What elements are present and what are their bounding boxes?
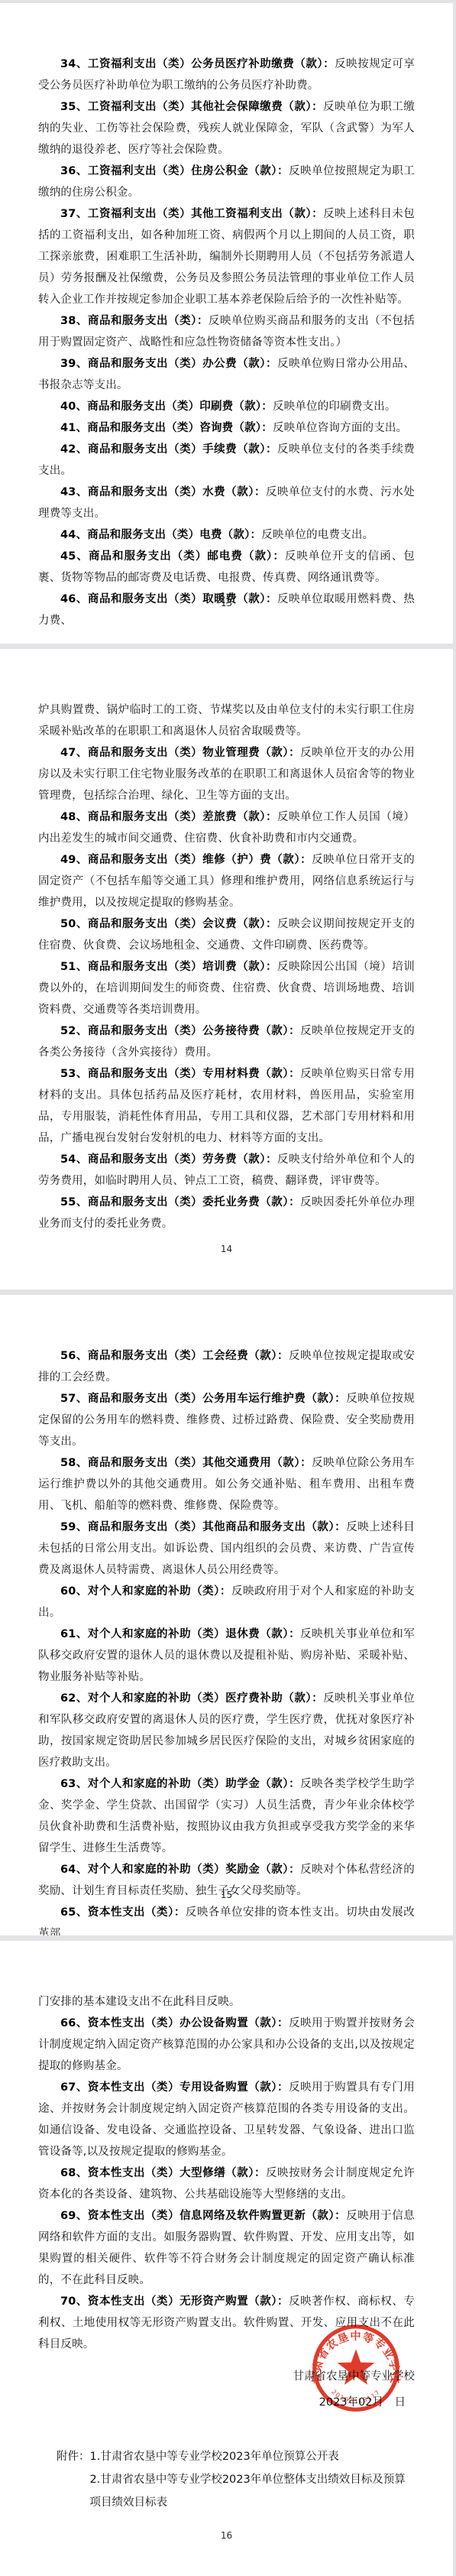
budget-item-paragraph: 56、商品和服务支出（类）工会经费（款）：反映单位按规定提取或安排的工会经费。 [38, 1345, 415, 1388]
budget-item-paragraph: 53、商品和服务支出（类）专用材料费（款）：反映单位购买日常专用材料的支出。具体… [38, 1063, 415, 1149]
page-body: 56、商品和服务支出（类）工会经费（款）：反映单位按规定提取或安排的工会经费。 … [38, 1345, 415, 1935]
item-description: 反映单位咨询方面的支出。 [273, 422, 407, 434]
budget-item-paragraph: 炉具购置费、锅炉临时工的工资、节煤奖以及由单位支付的未实行职工住房采暖补贴改革的… [38, 699, 415, 742]
item-label: 65、资本性支出（类）： [60, 1906, 186, 1919]
page-body: 炉具购置费、锅炉临时工的工资、节煤奖以及由单位支付的未实行职工住房采暖补贴改革的… [38, 699, 415, 1234]
item-label: 60、对个人和家庭的补助（类）： [60, 1585, 231, 1598]
budget-item-paragraph: 48、商品和服务支出（类）差旅费（款）：反映单位工作人员国（境）内出差发生的城市… [38, 806, 415, 849]
budget-item-paragraph: 63、对个人和家庭的补助（类）助学金（款）：反映各类学校学生助学金、奖学金、学生… [38, 1773, 415, 1859]
signature-date: 2023年02月 日 [38, 2392, 415, 2413]
item-label: 61、对个人和家庭的补助（类）退休费（款）： [60, 1628, 300, 1640]
budget-item-paragraph: 54、商品和服务支出（类）劳务费（款）：反映支付给外单位和个人的劳务费用，如临时… [38, 1149, 415, 1192]
budget-item-paragraph: 70、资本性支出（类）无形资产购置（款）：反映著作权、商标权、专利权、土地使用权… [38, 2291, 415, 2355]
item-label: 51、商品和服务支出（类）培训费（款）： [60, 961, 277, 973]
item-label: 37、工资福利支出（类）其他工资福利支出（款）： [60, 208, 323, 220]
item-description: 炉具购置费、锅炉临时工的工资、节煤奖以及由单位支付的未实行职工住房采暖补贴改革的… [38, 704, 415, 738]
attachment-item: 2.甘肃省农垦中等专业学校2023年单位整体支出绩效目标及预算项目绩效目标表 [90, 2468, 416, 2514]
budget-item-paragraph: 50、商品和服务支出（类）会议费（款）：反映会议期间按规定开支的住宿费、伙食费、… [38, 913, 415, 956]
item-label: 42、商品和服务支出（类）手续费（款）： [60, 443, 277, 456]
page-number: 13 [0, 598, 453, 608]
item-label: 39、商品和服务支出（类）办公费（款）： [60, 358, 277, 370]
item-label: 36、工资福利支出（类）住房公积金（款）： [60, 165, 289, 177]
item-label: 40、商品和服务支出（类）印刷费（款）： [60, 401, 273, 413]
budget-item-paragraph: 46、商品和服务支出（类）取暖费（款）：反映单位取暖用燃料费、热力费、 [38, 589, 415, 631]
item-label: 41、商品和服务支出（类）咨询费（款）： [60, 422, 273, 434]
item-label: 48、商品和服务支出（类）差旅费（款）： [60, 811, 277, 823]
budget-item-paragraph: 52、商品和服务支出（类）公务接待费（款）：反映单位按规定开支的各类公务接待（含… [38, 1020, 415, 1063]
item-label: 38、商品和服务支出（类）： [60, 315, 209, 327]
budget-item-paragraph: 67、资本性支出（类）专用设备购置（款）：反映用于购置具有专门用途、并按财务会计… [38, 2077, 415, 2162]
document-page: 56、商品和服务支出（类）工会经费（款）：反映单位按规定提取或安排的工会经费。 … [0, 1295, 453, 1935]
budget-item-paragraph: 36、工资福利支出（类）住房公积金（款）：反映单位按照规定为职工缴纳的住房公积金… [38, 161, 415, 203]
item-label: 52、商品和服务支出（类）公务接待费（款）： [60, 1025, 300, 1037]
budget-item-paragraph: 40、商品和服务支出（类）印刷费（款）：反映单位的印刷费支出。 [38, 396, 415, 417]
budget-item-paragraph: 66、资本性支出（类）办公设备购置（款）：反映用于购置并按财务会计制度规定纳入固… [38, 2013, 415, 2077]
budget-item-paragraph: 58、商品和服务支出（类）其他交通费用（款）：反映单位除公务用车运行维护费以外的… [38, 1452, 415, 1517]
item-label: 69、资本性支出（类）信息网络及软件购置更新（款）： [60, 2210, 346, 2222]
item-description: 反映上述科目未包括的工资福利支出，如各种加班工资、病假两个月以上期间的人员工资，… [38, 208, 415, 306]
budget-item-paragraph: 60、对个人和家庭的补助（类）：反映政府用于对个人和家庭的补助支出。 [38, 1581, 415, 1624]
budget-item-paragraph: 69、资本性支出（类）信息网络及软件购置更新（款）：反映用于信息网络和软件方面的… [38, 2205, 415, 2291]
page-body: 34、工资福利支出（类）公务员医疗补助缴费（款）：反映按规定可享受公务员医疗补助… [38, 54, 415, 631]
item-label: 43、商品和服务支出（类）水费（款）： [60, 486, 266, 498]
budget-item-paragraph: 41、商品和服务支出（类）咨询费（款）：反映单位咨询方面的支出。 [38, 417, 415, 439]
budget-item-paragraph: 37、工资福利支出（类）其他工资福利支出（款）：反映上述科目未包括的工资福利支出… [38, 203, 415, 310]
page-number: 16 [0, 2530, 453, 2541]
attachments-list: 附件： 1.甘肃省农垦中等专业学校2023年单位预算公开表2.甘肃省农垦中等专业… [57, 2445, 415, 2514]
budget-item-paragraph: 35、工资福利支出（类）其他社会保障缴费（款）：反映单位为职工缴纳的失业、工伤等… [38, 96, 415, 161]
budget-item-paragraph: 45、商品和服务支出（类）邮电费（款）：反映单位开支的信函、包裹、货物等物品的邮… [38, 546, 415, 589]
budget-item-paragraph: 61、对个人和家庭的补助（类）退休费（款）：反映机关事业单位和军队移交政府安置的… [38, 1624, 415, 1688]
budget-item-paragraph: 62、对个人和家庭的补助（类）医疗费补助（款）：反映机关事业单位和军队移交政府安… [38, 1688, 415, 1773]
item-label: 56、商品和服务支出（类）工会经费（款）： [60, 1350, 289, 1362]
budget-item-paragraph: 34、工资福利支出（类）公务员医疗补助缴费（款）：反映按规定可享受公务员医疗补助… [38, 54, 415, 96]
item-label: 47、商品和服务支出（类）物业管理费（款）： [60, 747, 300, 759]
item-label: 54、商品和服务支出（类）劳务费（款）： [60, 1153, 277, 1166]
budget-item-paragraph: 43、商品和服务支出（类）水费（款）：反映单位支付的水费、污水处理费等支出。 [38, 482, 415, 524]
budget-item-paragraph: 38、商品和服务支出（类）：反映单位购买商品和服务的支出（不包括用于购置固定资产… [38, 310, 415, 353]
item-description: 反映单位的电费支出。 [261, 529, 374, 541]
item-label: 62、对个人和家庭的补助（类）医疗费补助（款）： [60, 1692, 323, 1705]
document-page: 门安排的基本建设支出不在此科目反映。 66、资本性支出（类）办公设备购置（款）：… [0, 1941, 453, 2576]
budget-item-paragraph: 44、商品和服务支出（类）电费（款）：反映单位的电费支出。 [38, 524, 415, 546]
document-page: 炉具购置费、锅炉临时工的工资、节煤奖以及由单位支付的未实行职工住房采暖补贴改革的… [0, 649, 453, 1290]
page-body: 门安排的基本建设支出不在此科目反映。 66、资本性支出（类）办公设备购置（款）：… [38, 1991, 415, 2514]
item-label: 70、资本性支出（类）无形资产购置（款）： [60, 2295, 289, 2308]
item-label: 63、对个人和家庭的补助（类）助学金（款）： [60, 1778, 300, 1790]
budget-item-paragraph: 51、商品和服务支出（类）培训费（款）：反映除因公出国（境）培训费以外的，在培训… [38, 956, 415, 1020]
budget-item-paragraph: 49、商品和服务支出（类）维修（护）费（款）：反映单位日常开支的固定资产（不包括… [38, 849, 415, 913]
budget-item-paragraph: 57、商品和服务支出（类）公务用车运行维护费（款）：反映单位按规定保留的公务用车… [38, 1388, 415, 1452]
item-label: 50、商品和服务支出（类）会议费（款）： [60, 918, 277, 930]
item-label: 45、商品和服务支出（类）邮电费（款）： [60, 550, 285, 563]
item-label: 53、商品和服务支出（类）专用材料费（款）： [60, 1068, 300, 1080]
budget-item-paragraph: 59、商品和服务支出（类）其他商品和服务支出（款）：反映上述科目未包括的日常公用… [38, 1517, 415, 1581]
attachments-label: 附件： [57, 2445, 90, 2514]
budget-item-paragraph: 39、商品和服务支出（类）办公费（款）：反映单位购日常办公用品、书报杂志等支出。 [38, 353, 415, 396]
budget-item-paragraph: 65、资本性支出（类）：反映各单位安排的资本性支出。切块由发展改革部 [38, 1902, 415, 1935]
signature-block: 甘肃省农垦中等专业学校 2023年02月 日 [38, 2366, 415, 2413]
item-label: 59、商品和服务支出（类）其他商品和服务支出（款）： [60, 1521, 346, 1533]
item-description: 门安排的基本建设支出不在此科目反映。 [38, 1996, 241, 2008]
item-label: 44、商品和服务支出（类）电费（款）： [60, 529, 261, 541]
item-label: 64、对个人和家庭的补助（类）奖励金（款）： [60, 1864, 300, 1876]
pdf-viewport: 34、工资福利支出（类）公务员医疗补助缴费（款）：反映按规定可享受公务员医疗补助… [0, 0, 456, 2576]
document-page: 34、工资福利支出（类）公务员医疗补助缴费（款）：反映按规定可享受公务员医疗补助… [0, 3, 453, 644]
item-label: 55、商品和服务支出（类）委托业务费（款）： [60, 1196, 300, 1209]
page-number: 15 [0, 1890, 453, 1900]
attachment-item: 1.甘肃省农垦中等专业学校2023年单位预算公开表 [90, 2445, 416, 2468]
item-label: 34、工资福利支出（类）公务员医疗补助缴费（款）： [60, 58, 335, 70]
item-label: 49、商品和服务支出（类）维修（护）费（款）： [60, 854, 312, 866]
item-label: 67、资本性支出（类）专用设备购置（款）： [60, 2081, 289, 2094]
item-label: 35、工资福利支出（类）其他社会保障缴费（款）： [60, 101, 323, 113]
item-label: 68、资本性支出（类）大型修缮（款）： [60, 2167, 266, 2179]
item-label: 58、商品和服务支出（类）其他交通费用（款）： [60, 1457, 312, 1469]
budget-item-paragraph: 55、商品和服务支出（类）委托业务费（款）：反映因委托外单位办理业务而支付的委托… [38, 1192, 415, 1234]
item-label: 57、商品和服务支出（类）公务用车运行维护费（款）： [60, 1393, 346, 1405]
budget-item-paragraph: 门安排的基本建设支出不在此科目反映。 [38, 1991, 415, 2013]
budget-item-paragraph: 42、商品和服务支出（类）手续费（款）：反映单位支付的各类手续费支出。 [38, 439, 415, 482]
signature-org: 甘肃省农垦中等专业学校 [38, 2366, 415, 2387]
item-description: 反映单位的印刷费支出。 [273, 401, 396, 413]
budget-item-paragraph: 68、资本性支出（类）大型修缮（款）：反映按财务会计制度规定允许资本化的各类设备… [38, 2162, 415, 2205]
page-number: 14 [0, 1244, 453, 1254]
item-label: 66、资本性支出（类）办公设备购置（款）： [60, 2017, 289, 2029]
budget-item-paragraph: 47、商品和服务支出（类）物业管理费（款）：反映单位开支的办公用房以及未实行职工… [38, 742, 415, 806]
